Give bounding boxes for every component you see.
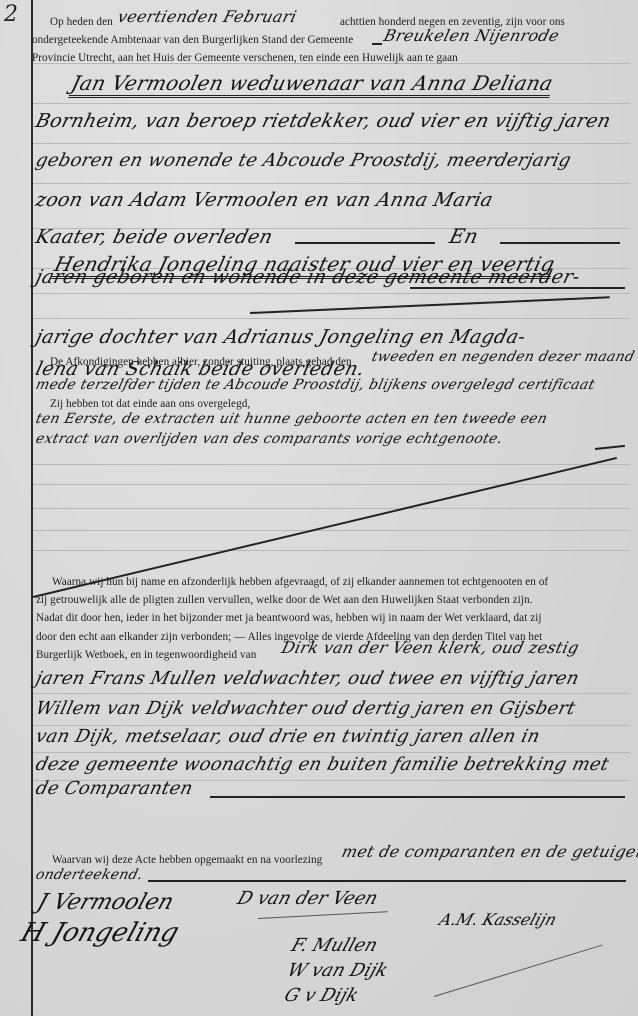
groom-name: Jan Vermoolen weduwenaar van Anna Delian… <box>68 71 555 98</box>
groom-line-4: zoon van Adam Vermoolen en van Anna Mari… <box>34 191 495 210</box>
declaration-line-3: Nadat dit door hen, ieder in het bijzond… <box>36 613 542 624</box>
registrar-flourish <box>434 945 603 997</box>
witness-line-1: jaren Frans Mullen veldwachter, oud twee… <box>34 670 581 688</box>
signature-witness-4: G v Dijk <box>282 985 361 1006</box>
signature-bride: H Jongeling <box>17 918 183 948</box>
witness-line-5: de Comparanten <box>34 780 195 798</box>
fill-stroke <box>500 242 620 244</box>
cancel-stroke <box>250 296 610 313</box>
proclamation-dates: tweeden en negenden dezer maand als <box>370 350 638 364</box>
ruled-line <box>33 293 630 294</box>
folio-number: 2 <box>4 2 18 27</box>
bride-line-2: jaren geboren en wonende in deze gemeent… <box>34 268 582 287</box>
groom-line-3: geboren en wonende te Abcoude Proostdij,… <box>34 152 573 170</box>
groom-line-2: Bornheim, van beroep rietdekker, oud vie… <box>34 112 613 131</box>
proclamations-line3: Zij hebben tot dat einde aan ons overgel… <box>50 399 250 410</box>
groom-line-5: Kaater, beide overleden <box>34 228 275 247</box>
fill-stroke <box>410 287 625 289</box>
declaration-line-1: Waarna wij hun bij name en afzonderlijk … <box>52 577 548 588</box>
witness-1-desc: Dirk van der Veen klerk, oud zestig <box>280 640 581 656</box>
ruled-line <box>33 484 630 485</box>
signature-flourish <box>258 911 388 919</box>
proclamations-line5: extract van overlijden van des comparant… <box>34 432 504 446</box>
ruled-line <box>33 183 630 184</box>
fill-stroke <box>372 43 382 45</box>
ruled-line <box>33 530 630 531</box>
marriage-date: veertienden Februari <box>116 9 298 25</box>
ruled-line <box>33 318 630 319</box>
intro-line3: Provincie Utrecht, aan het Huis der Geme… <box>32 53 458 64</box>
bride-line-3: jarige dochter van Adrianus Jongeling en… <box>34 328 528 347</box>
certificate-page: 2 Op heden den veertienden Februari acht… <box>0 0 638 1016</box>
ruled-line <box>33 550 630 551</box>
fill-stroke <box>295 242 435 244</box>
witness-line-2: Willem van Dijk veldwachter oud dertig j… <box>34 700 577 718</box>
proclamations-pre: De Afkondigingen hebben alhier, zonder s… <box>50 357 352 368</box>
signature-witness-1: D van der Veen <box>235 888 381 909</box>
witness-line-3: van Dijk, metselaar, oud drie en twintig… <box>34 728 542 746</box>
connector-en: En <box>448 226 481 246</box>
intro-line1-pre: Op heden den <box>50 17 113 28</box>
witness-line-4: deze gemeente woonachtig en buiten famil… <box>34 756 611 774</box>
signature-registrar: A.M. Kasselijn <box>437 910 559 929</box>
municipality: Breukelen Nijenrode <box>382 28 561 44</box>
proclamations-line2: mede terzelfder tijden te Abcoude Proost… <box>34 378 596 392</box>
closing-line2: onderteekend. <box>34 868 144 882</box>
proclamations-line4: ten Eerste, de extracten uit hunne geboo… <box>34 412 549 426</box>
fill-stroke <box>148 880 626 882</box>
ruled-line <box>33 752 630 753</box>
closing-handwritten: met de comparanten en de getuigen <box>340 844 638 860</box>
signature-groom: J Vermoolen <box>34 890 177 915</box>
ruled-line <box>33 143 630 144</box>
intro-line2-pre: ondergeteekende Ambtenaar van den Burger… <box>32 35 353 46</box>
closing-pre: Waarvan wij deze Acte hebben opgemaakt e… <box>52 855 322 866</box>
ruled-line <box>33 508 630 509</box>
ruled-line <box>33 464 630 465</box>
groom-line-1: Jan Vermoolen weduwenaar van Anna Delian… <box>70 73 556 93</box>
signature-witness-2: F. Mullen <box>289 935 381 956</box>
ruled-line <box>33 103 630 104</box>
fill-stroke <box>210 796 625 798</box>
signature-witness-3: W van Dijk <box>285 960 391 981</box>
declaration-line-2: zij getrouwelijk alle de pligten zullen … <box>36 595 532 606</box>
declaration-line-5: Burgerlijk Wetboek, en in tegenwoordighe… <box>36 650 256 661</box>
fill-stroke <box>595 445 625 450</box>
ruled-line <box>33 693 630 694</box>
